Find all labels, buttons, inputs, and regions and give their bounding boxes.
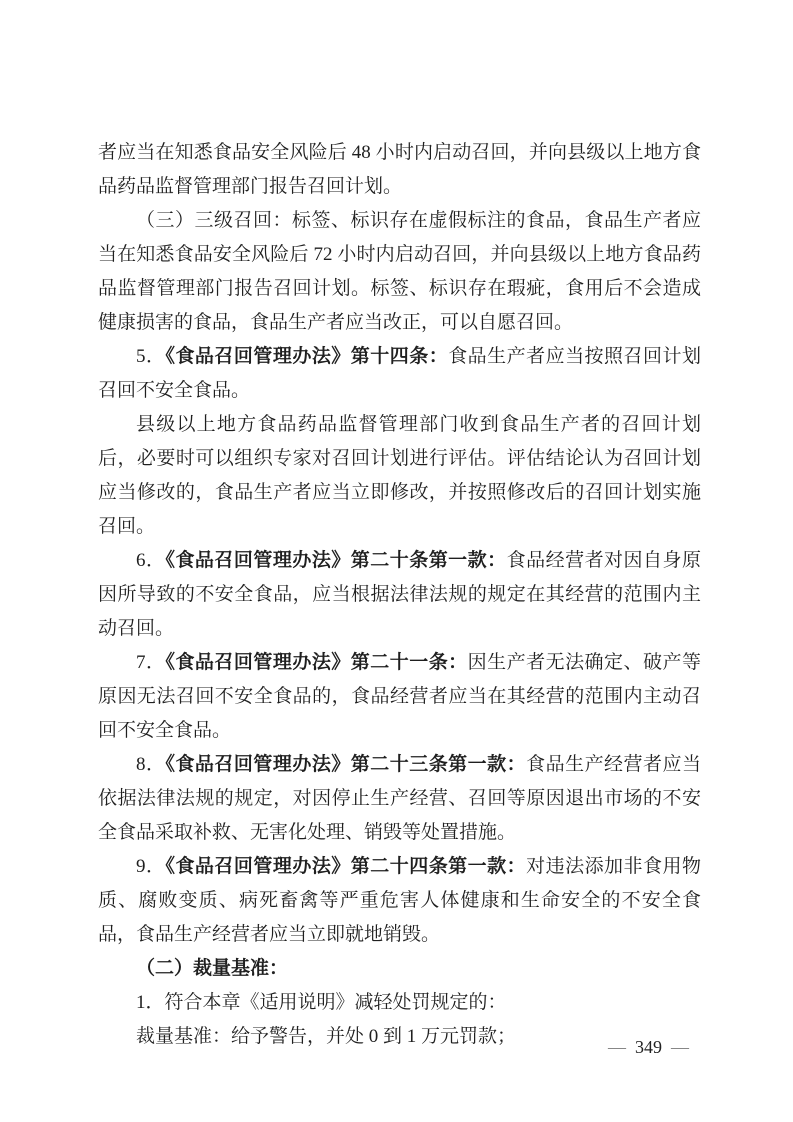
paragraph: 9．《食品召回管理办法》第二十四条第一款：对违法添加非食用物质、腐败变质、病死畜… (98, 850, 701, 952)
text-run: 6． (136, 550, 165, 571)
text-run: 1．符合本章《适用说明》减轻处罚规定的： (136, 992, 507, 1013)
page-footer: —349— (599, 1036, 698, 1058)
emphasis-text-run: 《食品召回管理办法》第二十一条： (165, 652, 467, 673)
text-run: 县级以上地方食品药品监督管理部门收到食品生产者的召回计划后，必要时可以组织专家对… (98, 414, 701, 537)
text-run: 7． (136, 652, 165, 673)
paragraph: 5．《食品召回管理办法》第十四条：食品生产者应当按照召回计划召回不安全食品。 (98, 340, 701, 408)
paragraph: 1．符合本章《适用说明》减轻处罚规定的： (98, 986, 701, 1020)
footer-right-dash: — (662, 1037, 698, 1057)
emphasis-text-run: 《食品召回管理办法》第十四条： (165, 346, 448, 367)
text-run: 8． (136, 754, 165, 775)
paragraph: 7．《食品召回管理办法》第二十一条：因生产者无法确定、破产等原因无法召回不安全食… (98, 646, 701, 748)
page-number: 349 (635, 1037, 662, 1057)
footer-left-dash: — (599, 1037, 635, 1057)
text-run: 裁量基准：给予警告，并处 0 到 1 万元罚款； (136, 1026, 516, 1047)
emphasis-text-run: 《食品召回管理办法》第二十四条第一款： (165, 856, 526, 877)
document-page: 者应当在知悉食品安全风险后 48 小时内启动召回，并向县级以上地方食品药品监督管… (0, 0, 793, 1122)
emphasis-text-run: （二）裁量基准： (136, 958, 288, 979)
paragraph: （二）裁量基准： (98, 952, 701, 986)
emphasis-text-run: 《食品召回管理办法》第二十三条第一款： (165, 754, 526, 775)
paragraph: 县级以上地方食品药品监督管理部门收到食品生产者的召回计划后，必要时可以组织专家对… (98, 408, 701, 544)
paragraph: 者应当在知悉食品安全风险后 48 小时内启动召回，并向县级以上地方食品药品监督管… (98, 136, 701, 204)
text-run: 者应当在知悉食品安全风险后 48 小时内启动召回，并向县级以上地方食品药品监督管… (98, 142, 701, 197)
emphasis-text-run: 《食品召回管理办法》第二十条第一款： (165, 550, 506, 571)
paragraph: 8．《食品召回管理办法》第二十三条第一款：食品生产经营者应当依据法律法规的规定，… (98, 748, 701, 850)
paragraph: 6．《食品召回管理办法》第二十条第一款：食品经营者对因自身原因所导致的不安全食品… (98, 544, 701, 646)
text-run: 5． (136, 346, 165, 367)
text-run: （三）三级召回：标签、标识存在虚假标注的食品，食品生产者应当在知悉食品安全风险后… (98, 210, 701, 333)
document-body: 者应当在知悉食品安全风险后 48 小时内启动召回，并向县级以上地方食品药品监督管… (98, 136, 701, 1054)
text-run: 9． (136, 856, 165, 877)
paragraph: （三）三级召回：标签、标识存在虚假标注的食品，食品生产者应当在知悉食品安全风险后… (98, 204, 701, 340)
